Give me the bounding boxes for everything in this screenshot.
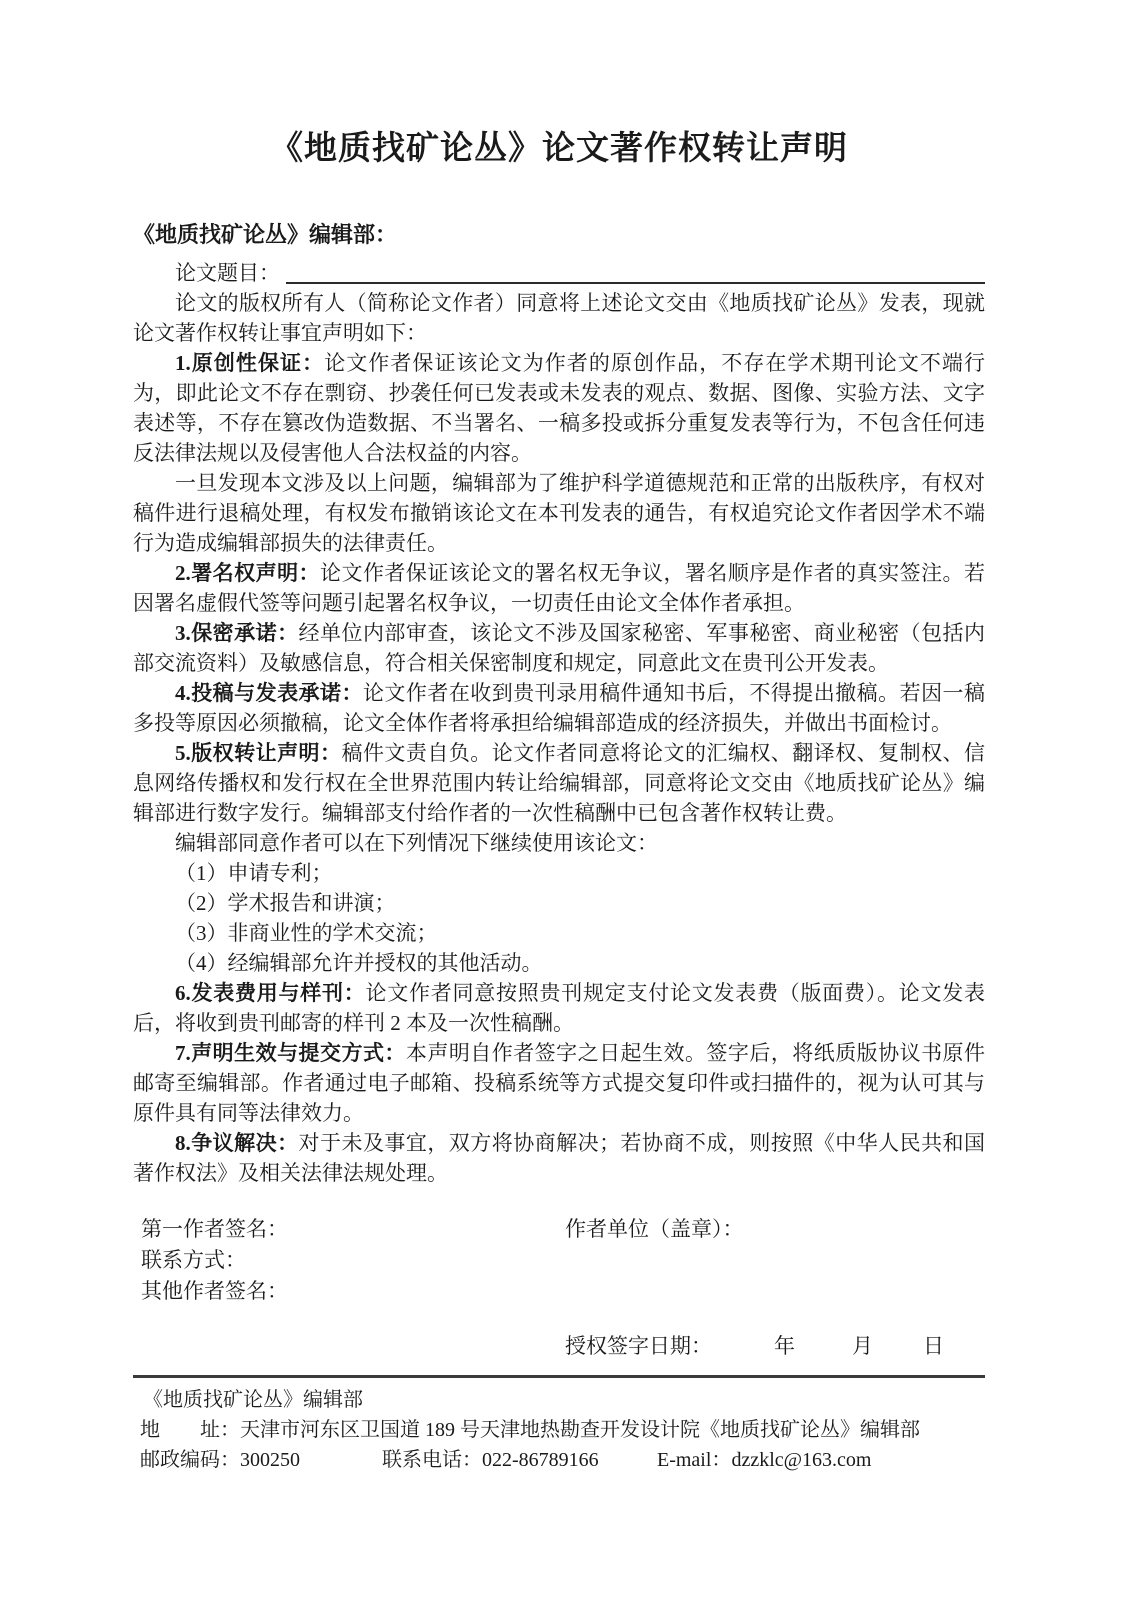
clause-2-label: 2.署名权声明：: [175, 561, 320, 585]
paper-title-row: 论文题目：: [133, 258, 985, 288]
clause-7-label: 7.声明生效与提交方式：: [175, 1041, 406, 1065]
editorial-office-name: 《地质找矿论丛》编辑部: [133, 1385, 985, 1415]
permitted-use-item-4: （4）经编辑部允许并授权的其他活动。: [133, 948, 985, 978]
permitted-uses-intro: 编辑部同意作者可以在下列情况下继续使用该论文：: [133, 828, 985, 858]
postcode-column: 邮政编码：300250: [140, 1445, 382, 1475]
clause-7-effectiveness: 7.声明生效与提交方式：本声明自作者签字之日起生效。签字后，将纸质版协议书原件邮…: [133, 1038, 985, 1128]
permitted-use-item-2: （2）学术报告和讲演；: [133, 888, 985, 918]
clause-1-label: 1.原创性保证：: [175, 351, 324, 375]
clause-1b-text: 一旦发现本文涉及以上问题，编辑部为了维护科学道德规范和正常的出版秩序，有权对稿件…: [133, 471, 985, 555]
authorization-date-row: 授权签字日期：年月日: [133, 1331, 985, 1361]
authorization-date-label[interactable]: 授权签字日期：: [565, 1334, 712, 1358]
postcode-label: 邮政编码：: [140, 1449, 240, 1471]
address-line: 地 址：天津市河东区卫国道 189 号天津地热勘查开发设计院《地质找矿论丛》编辑…: [133, 1415, 985, 1445]
permitted-use-item-3: （3）非商业性的学术交流；: [133, 918, 985, 948]
copyright-transfer-document: 《地质找矿论丛》论文著作权转让声明 《地质找矿论丛》编辑部： 论文题目： 论文的…: [0, 0, 1131, 1600]
email-column: E-mail：dzzklc@163.com: [657, 1445, 985, 1475]
address-label: 地 址：: [140, 1419, 240, 1441]
phone-column: 联系电话：022-86789166: [382, 1445, 657, 1475]
phone-value: 022-86789166: [482, 1449, 599, 1471]
document-title: 《地质找矿论丛》论文著作权转让声明: [133, 126, 985, 172]
clause-6-label: 6.发表费用与样刊：: [175, 981, 366, 1005]
clause-8-label: 8.争议解决：: [175, 1131, 299, 1155]
document-body: 论文题目： 论文的版权所有人（简称论文作者）同意将上述论文交由《地质找矿论丛》发…: [133, 258, 985, 1188]
affiliation-stamp-label[interactable]: 作者单位（盖章）：: [565, 1217, 744, 1241]
address-value: 天津市河东区卫国道 189 号天津地热勘查开发设计院《地质找矿论丛》编辑部: [240, 1419, 920, 1441]
permitted-uses-intro-text: 编辑部同意作者可以在下列情况下继续使用该论文：: [175, 831, 658, 855]
clause-5-label: 5.版权转让声明：: [175, 741, 341, 765]
clause-4-label: 4.投稿与发表承诺：: [175, 681, 363, 705]
contact-info-label[interactable]: 联系方式：: [141, 1248, 246, 1272]
clause-5-copyright-transfer: 5.版权转让声明：稿件文责自负。论文作者同意将论文的汇编权、翻译权、复制权、信息…: [133, 738, 985, 828]
clause-6-fees: 6.发表费用与样刊：论文作者同意按照贵刊规定支付论文发表费（版面费）。论文发表后…: [133, 978, 985, 1038]
clause-8-disputes: 8.争议解决：对于未及事宜，双方将协商解决；若协商不成，则按照《中华人民共和国著…: [133, 1128, 985, 1188]
contact-line: 邮政编码：300250 联系电话：022-86789166 E-mail：dzz…: [133, 1445, 985, 1475]
date-year-label: 年: [774, 1334, 795, 1358]
date-day-label: 日: [923, 1334, 944, 1358]
salutation: 《地质找矿论丛》编辑部：: [133, 220, 985, 250]
email-label: E-mail：: [657, 1449, 731, 1471]
permitted-use-item-1: （1）申请专利；: [133, 858, 985, 888]
footer: 《地质找矿论丛》编辑部 地 址：天津市河东区卫国道 189 号天津地热勘查开发设…: [133, 1375, 985, 1475]
intro-paragraph: 论文的版权所有人（简称论文作者）同意将上述论文交由《地质找矿论丛》发表，现就论文…: [133, 288, 985, 348]
phone-label: 联系电话：: [382, 1449, 482, 1471]
other-authors-signature-label[interactable]: 其他作者签名：: [141, 1279, 288, 1303]
signature-section: 第一作者签名：作者单位（盖章）： 联系方式： 其他作者签名：: [133, 1214, 985, 1307]
signature-row-3: 其他作者签名：: [141, 1276, 985, 1307]
signature-row-2: 联系方式：: [141, 1245, 985, 1276]
clause-4-submission: 4.投稿与发表承诺：论文作者在收到贵刊录用稿件通知书后，不得提出撤稿。若因一稿多…: [133, 678, 985, 738]
date-month-label: 月: [852, 1334, 873, 1358]
email-value: dzzklc@163.com: [731, 1449, 871, 1471]
clause-1-consequences: 一旦发现本文涉及以上问题，编辑部为了维护科学道德规范和正常的出版秩序，有权对稿件…: [133, 468, 985, 558]
postcode-value: 300250: [240, 1449, 300, 1471]
paper-title-blank-field[interactable]: [286, 260, 985, 284]
clause-1-originality: 1.原创性保证：论文作者保证该论文为作者的原创作品，不存在学术期刊论文不端行为，…: [133, 348, 985, 468]
paper-title-label: 论文题目：: [175, 258, 280, 288]
clause-3-label: 3.保密承诺：: [175, 621, 299, 645]
clause-3-confidentiality: 3.保密承诺：经单位内部审查，该论文不涉及国家秘密、军事秘密、商业秘密（包括内部…: [133, 618, 985, 678]
first-author-signature-label[interactable]: 第一作者签名：: [141, 1214, 565, 1245]
clause-2-authorship: 2.署名权声明：论文作者保证该论文的署名权无争议，署名顺序是作者的真实签注。若因…: [133, 558, 985, 618]
signature-row-1: 第一作者签名：作者单位（盖章）：: [141, 1214, 985, 1245]
